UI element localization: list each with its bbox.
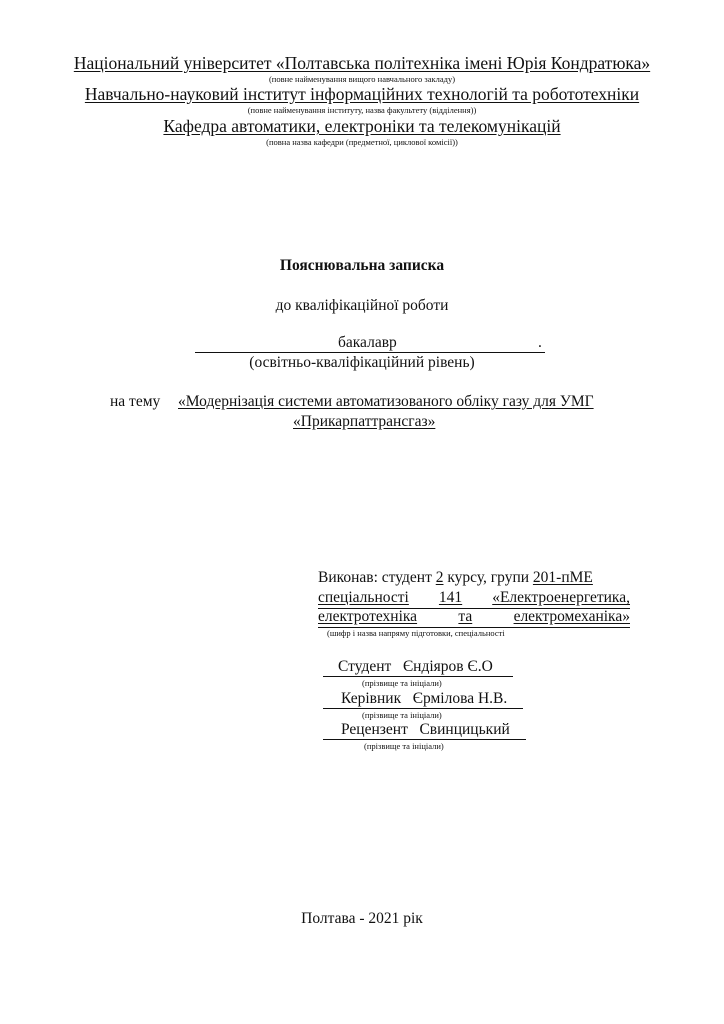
level-dot: .: [538, 334, 542, 352]
caption-student: (прізвище та ініціали): [362, 678, 442, 688]
topic-line-2: «Прикарпаттрансгаз»: [293, 413, 435, 431]
specialty-word: спеціальності: [318, 589, 409, 607]
role-reviewer: Рецензент: [341, 721, 408, 738]
topic-line-1: «Модернізація системи автоматизованого о…: [178, 393, 594, 411]
caption-reviewer: (прізвище та ініціали): [364, 741, 444, 751]
document-heading: Пояснювальна записка: [0, 257, 724, 275]
specialty-name-part1: «Електроенергетика,: [492, 589, 630, 607]
university-caption: (повне найменування вищого навчального з…: [0, 74, 724, 84]
department-caption: (повна назва кафедри (предметної, циклов…: [0, 137, 724, 147]
university-name: Національний університет «Полтавська пол…: [0, 53, 724, 74]
city-year: Полтава - 2021 рік: [0, 910, 724, 928]
performer-mid: курсу, групи: [443, 569, 532, 586]
name-student: Єндіяров Є.О: [403, 658, 493, 675]
performer-line-1: Виконав: студент 2 курсу, групи 201-пМЕ: [318, 569, 593, 587]
performer-line-2: спеціальності 141 «Електроенергетика,: [318, 589, 630, 607]
institute-name: Навчально-науковий інститут інформаційни…: [0, 84, 724, 105]
role-student: Студент: [338, 658, 391, 675]
topic-prefix: на тему: [110, 393, 160, 411]
specialty-caption: (шифр і назва напряму підготовки, спеціа…: [327, 628, 505, 638]
document-subheading: до кваліфікаційної роботи: [0, 297, 724, 315]
specialty-code: 141: [439, 589, 462, 607]
department-name: Кафедра автоматики, електроніки та телек…: [0, 116, 724, 137]
specialty-name-part2: електротехніка: [318, 608, 417, 626]
signature-line-student: [323, 676, 513, 677]
name-reviewer: Свинцицький: [419, 721, 509, 738]
signature-line-supervisor: [323, 708, 523, 709]
qualification-level: бакалавр: [338, 334, 397, 352]
group-code: 201-пМЕ: [533, 569, 593, 586]
specialty-and: та: [458, 608, 472, 626]
signature-student: Студент Єндіяров Є.О: [338, 658, 493, 676]
level-underline: [195, 352, 545, 353]
role-supervisor: Керівник: [341, 690, 401, 707]
signature-line-reviewer: [323, 739, 526, 740]
institute-caption: (повне найменування інституту, назва фак…: [0, 105, 724, 115]
signature-supervisor: Керівник Єрмілова Н.В.: [341, 690, 507, 708]
specialty-name-part3: електромеханіка»: [514, 608, 630, 626]
name-supervisor: Єрмілова Н.В.: [413, 690, 508, 707]
signature-reviewer: Рецензент Свинцицький: [341, 721, 510, 739]
caption-supervisor: (прізвище та ініціали): [362, 710, 442, 720]
level-caption: (освітньо-кваліфікаційний рівень): [0, 354, 724, 372]
performer-prefix: Виконав: студент: [318, 569, 436, 586]
performer-line-3: електротехніка та електромеханіка»: [318, 608, 630, 626]
